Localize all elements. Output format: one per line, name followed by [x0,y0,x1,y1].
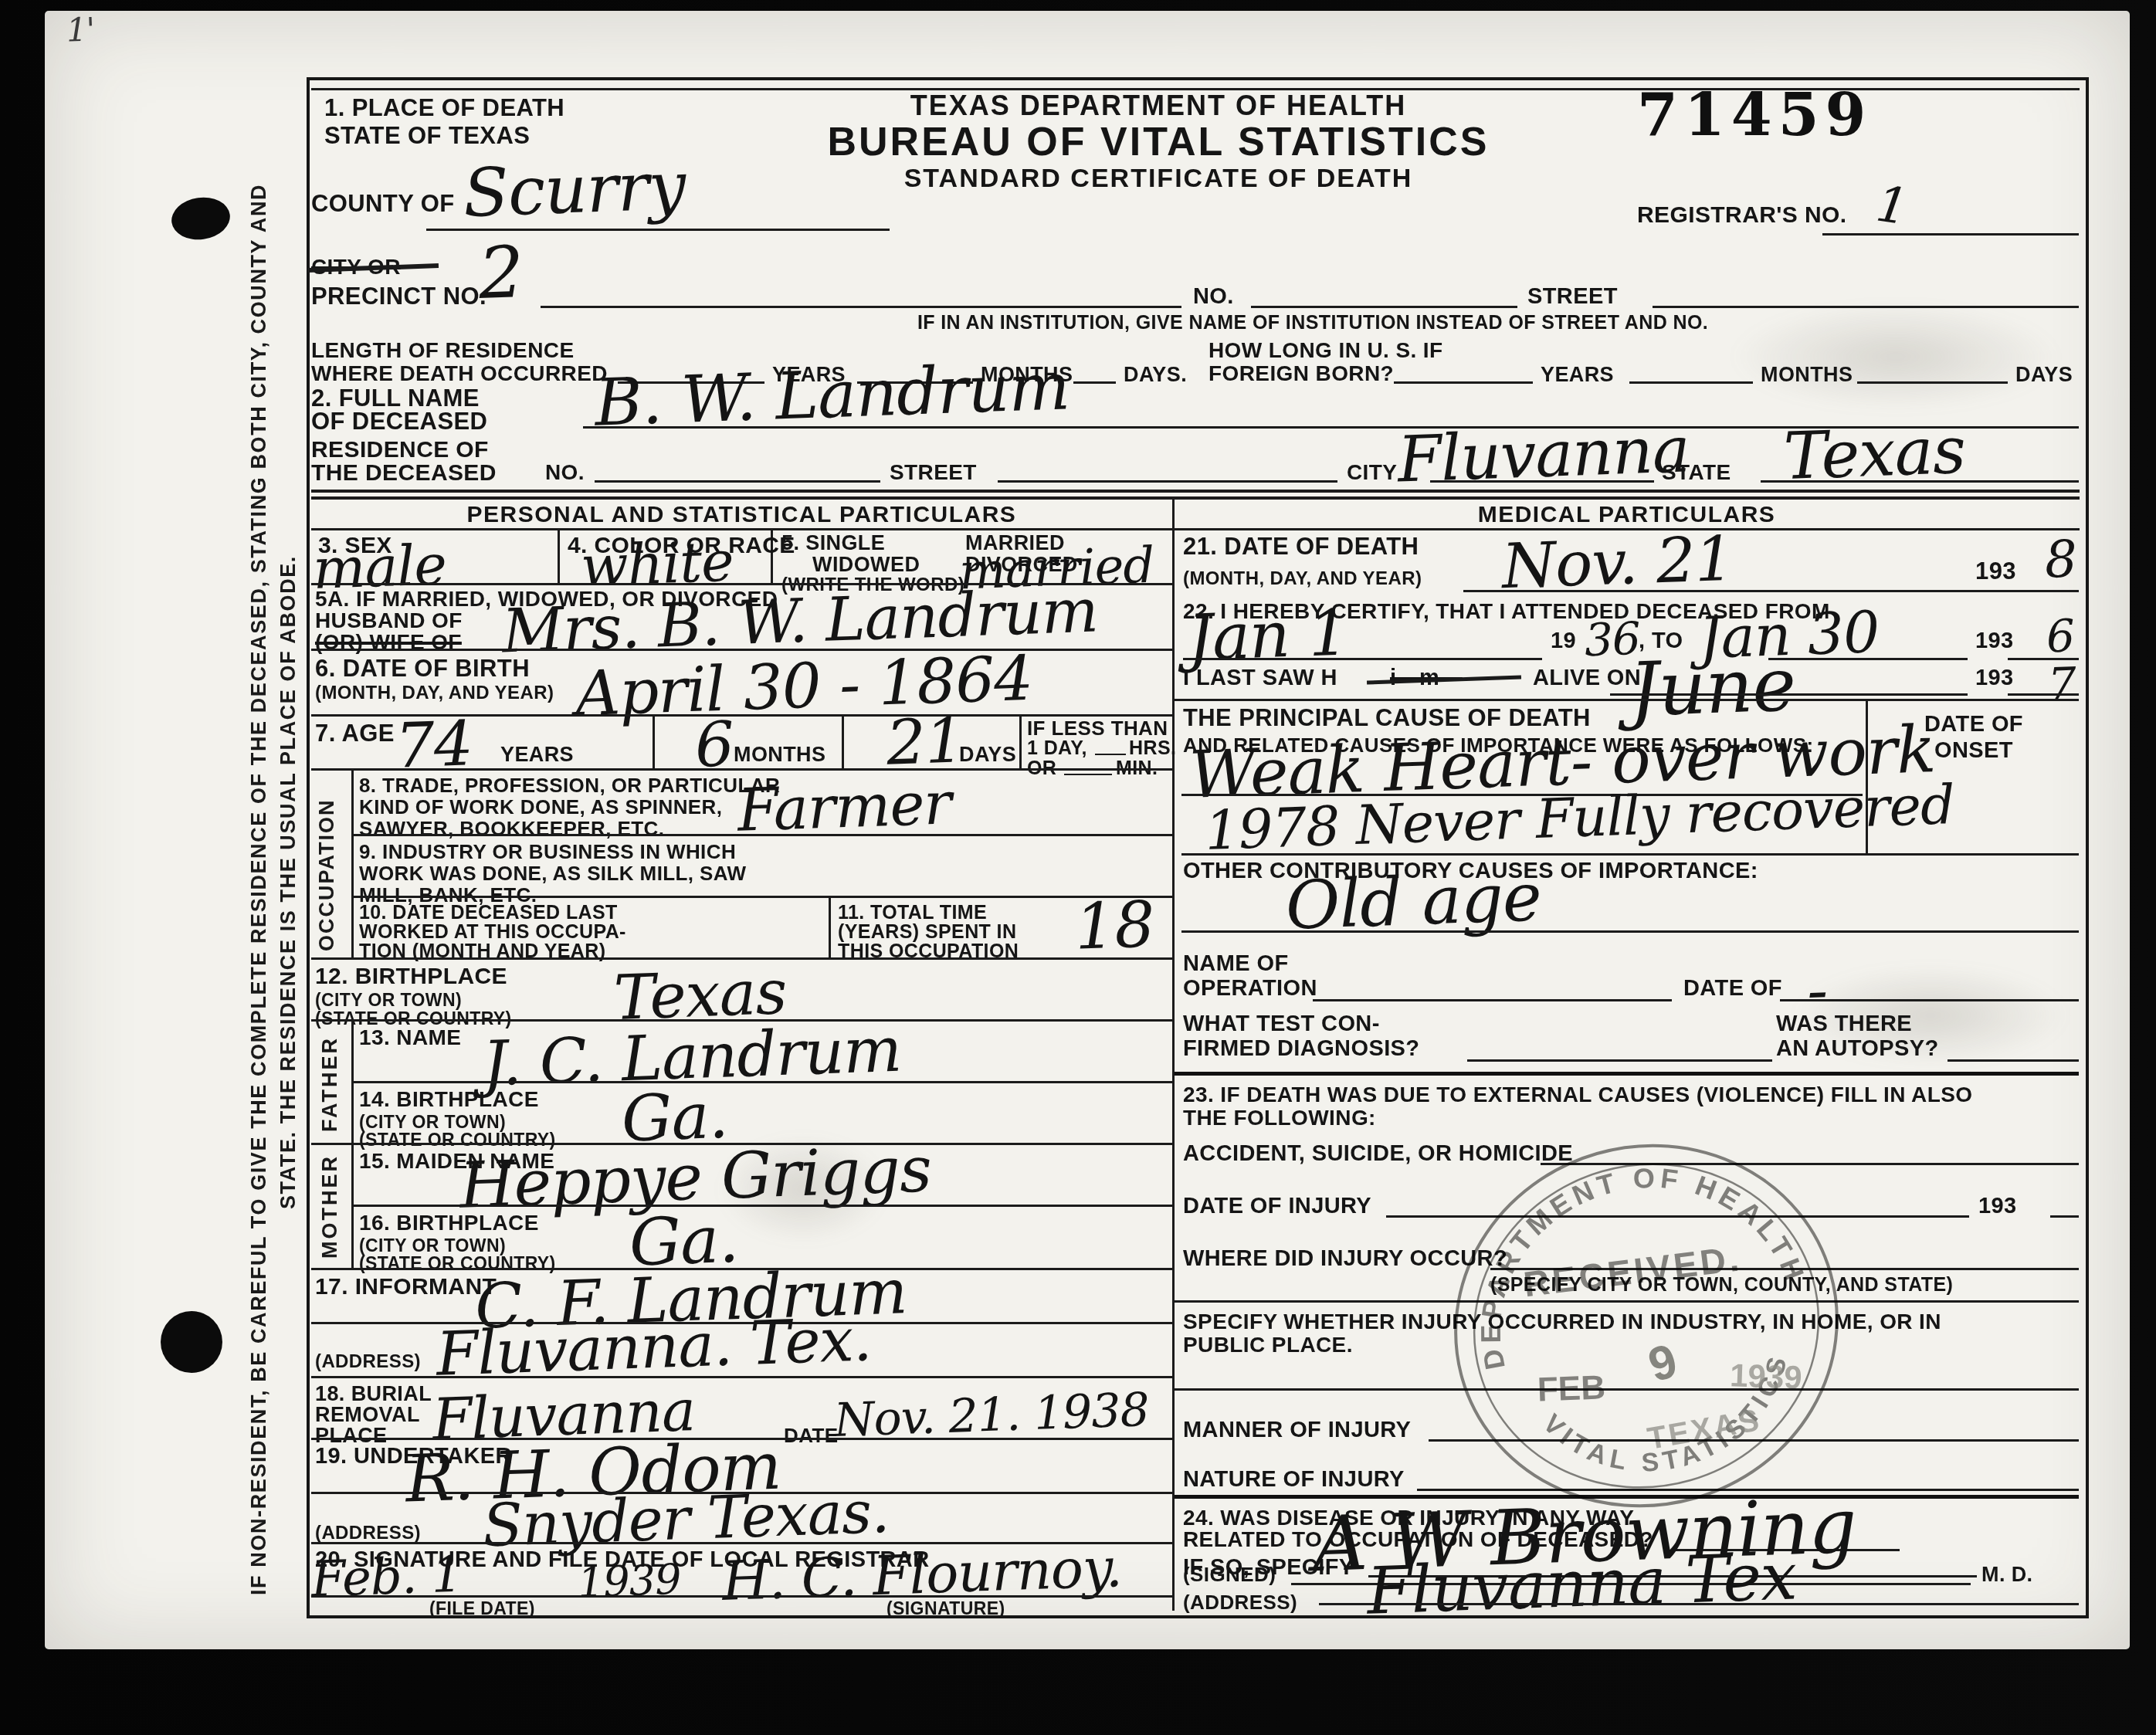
birthplace-label: 12. BIRTHPLACE [315,964,507,990]
signature-caption: (SIGNATURE) [886,1598,1005,1619]
scanned-death-certificate: 1' IF NON-RESIDENT, BE CAREFUL TO GIVE T… [0,0,2156,1735]
mother-vertical-label: MOTHER [318,1154,342,1259]
file-date-caption: (FILE DATE) [429,1598,535,1619]
street-no-label: NO. [1193,284,1234,310]
lastsaw-year-printed: 193 [1975,666,2014,691]
test-label1: WHAT TEST CON- [1183,1012,1380,1037]
burial-date-label: DATE [784,1424,838,1448]
bureau-title: BUREAU OF VITAL STATISTICS [772,119,1544,165]
contributory-rule [1181,930,2079,933]
marital-label-single: 5. SINGLE [781,531,885,555]
injury-nature-label: NATURE OF INJURY [1183,1467,1405,1493]
county-value: Scurry [462,147,686,232]
father-bp-label: 14. BIRTHPLACE [359,1087,539,1112]
residence-street-line [998,480,1337,483]
age-divider2 [842,714,844,768]
total-time-value: 18 [1073,888,1155,964]
punch-hole-bottom [161,1311,222,1373]
md-label: M. D. [1981,1563,2033,1587]
external-causes-label1: 23. IF DEATH WAS DUE TO EXTERNAL CAUSES … [1183,1083,1972,1107]
dob-sub-label: (MONTH, DAY, AND YEAR) [315,683,554,704]
registrar-no-line [1822,233,2079,236]
state-of-texas-label: STATE OF TEXAS [324,122,530,150]
residence-street-label: STREET [890,460,977,485]
residence-state-line [1761,480,2079,483]
father-name-label: 13. NAME [359,1025,461,1050]
section-title-rule [311,528,2080,530]
stamp-received: RECEIVED. [1521,1238,1744,1304]
us-days-line [1857,381,2008,384]
test-rule [1467,1059,1772,1062]
stamp-day: 9 [1642,1334,1683,1393]
injury-specify-label2: PUBLIC PLACE. [1183,1333,1353,1357]
industry-label2: WORK WAS DONE, AS SILK MILL, SAW [359,862,747,886]
external-causes-label2: THE FOLLOWING: [1183,1106,1376,1130]
institution-note: IF IN AN INSTITUTION, GIVE NAME OF INSTI… [734,312,1892,334]
father-name-rule [351,1081,1172,1083]
marital-label-widowed: WIDOWED [812,553,920,577]
file-date-value2: 1939 [577,1555,682,1608]
trade-label3: SAWYER, BOOKKEEPER, ETC. [359,817,664,841]
hrs-label: HRS. [1129,737,1176,760]
cause-rule2 [1181,853,2079,856]
operation-rule [1313,999,1672,1001]
lastsaw-rule-b [2008,693,2079,696]
svg-text:DEPARTMENT OF HEALTH: DEPARTMENT OF HEALTH [1436,1121,1813,1374]
department-title: TEXAS DEPARTMENT OF HEALTH [811,90,1506,122]
to-year-printed: 193 [1975,629,2014,654]
operation-label1: NAME OF [1183,951,1289,977]
industry-rule [351,896,1172,898]
lastsaw-rule-a [1610,693,1968,696]
precinct-line [541,306,1181,308]
total-time-divider [829,896,831,957]
stamp-arc-top: DEPARTMENT OF HEALTH [1436,1121,1813,1374]
age-divider1 [653,714,655,768]
us-years-line [1394,381,1533,384]
residence-label2: THE DECEASED [311,460,497,486]
min-line [1064,774,1112,775]
header-double-rule-a [311,490,2080,493]
operation-date-label: DATE OF [1683,976,1782,1001]
physician-address-caption: (ADDRESS) [1183,1591,1297,1615]
us-long-label2: FOREIGN BORN? [1209,361,1394,386]
days-label: DAYS. [1124,363,1187,387]
age-divider3 [1019,714,1022,768]
physician-address-value: Fluvanna Tex [1365,1538,1797,1628]
trade-value: Farmer [737,768,953,845]
sex-race-divider [558,530,560,583]
injury-date-label: DATE OF INJURY [1183,1194,1371,1219]
residence-state-label: STATE [1662,460,1731,485]
autopsy-label2: AN AUTOPSY? [1776,1036,1939,1062]
from-rule-a [1183,658,1542,660]
hrs-line [1095,754,1126,755]
us-months-line [1629,381,1753,384]
age-bottom-rule [311,768,1172,771]
place-of-death-label: 1. PLACE OF DEATH [324,94,564,122]
test-label2: FIRMED DIAGNOSIS? [1183,1036,1419,1062]
from-year-printed: 19 [1551,629,1576,654]
margin-instruction-line1: IF NON-RESIDENT, BE CAREFUL TO GIVE THE … [247,184,271,1595]
age-label: 7. AGE [315,720,395,747]
to-year-digit: 6 [2046,609,2075,662]
cause-section-top-rule [1175,699,2079,701]
dod-rule [1463,590,2079,592]
county-of-label: COUNTY OF [311,190,455,218]
age-years-label: YEARS [500,743,574,767]
autopsy-rule [1948,1059,2079,1062]
injury-manner-label: MANNER OF INJURY [1183,1418,1411,1443]
registrar-no-label: REGISTRAR'S NO. [1637,202,1847,229]
certificate-number: 71459 [1637,80,1872,149]
lastsaw-year-digit: 7 [2047,657,2076,710]
us-long-label1: HOW LONG IN U. S. IF [1209,338,1443,363]
attended-from-value: Jan 1 [1186,596,1349,675]
mother-bp-label: 16. BIRTHPLACE [359,1211,539,1235]
age-days-label: DAYS [959,743,1016,767]
physician-address-rule [1319,1603,2079,1605]
father-vertical-label: FATHER [318,1036,342,1132]
dod-label: 21. DATE OF DEATH [1183,533,1419,561]
residence-city-line [1430,480,1654,483]
street-no-line [1251,306,1517,308]
from-rule-b [1768,658,1968,660]
us-days-label: DAYS [2015,363,2073,387]
street-line [1653,306,2079,308]
undertaker-address-label: (ADDRESS) [315,1523,421,1544]
spouse-label3-struck: (OR) WIFE OF [315,630,462,655]
dod-year-digit: 8 [2044,529,2078,589]
trade-label2: KIND OF WORK DONE, AS SPINNER, [359,795,722,819]
occupation-strip-border [351,768,354,957]
spouse-rule [311,649,1172,651]
precinct-value: 2 [477,231,524,315]
county-line [426,229,890,231]
injury-date-year-rule [2050,1215,2079,1218]
ifless-label2: 1 DAY, [1027,737,1087,760]
dob-label: 6. DATE OF BIRTH [315,655,530,683]
trade-rule [351,834,1172,836]
injury-date-year: 193 [1978,1194,2017,1219]
header-double-rule-b [311,496,2080,500]
informant-label: 17. INFORMANT [315,1274,497,1300]
stamp-year: 1939 [1729,1357,1802,1395]
corner-pencil-mark: 1' [66,10,95,49]
stamp-month: FEB [1537,1368,1606,1408]
age-months-label: MONTHS [734,743,825,767]
main-column-divider [1172,496,1175,1611]
us-months-label: MONTHS [1761,363,1853,387]
margin-instruction-line2: STATE. THE RESIDENCE IS THE USUAL PLACE … [276,555,300,1209]
received-stamp: DEPARTMENT OF HEALTH VITAL STATISTICS RE… [1422,1113,1870,1546]
lastsaw-label2: ALIVE ON [1533,666,1641,691]
personal-section-title: PERSONAL AND STATISTICAL PARTICULARS [311,502,1172,528]
operation-date-rule [1780,999,2079,1001]
length-residence-label1: LENGTH OF RESIDENCE [311,338,575,363]
industry-label1: 9. INDUSTRY OR BUSINESS IN WHICH [359,840,736,864]
length-residence-label2: WHERE DEATH OCCURRED [311,361,608,386]
residence-days-line [1073,381,1116,384]
medical-section-title: MEDICAL PARTICULARS [1175,502,2079,528]
informant-address-rule [311,1376,1172,1378]
birthplace-city-label: (CITY OR TOWN) [315,990,462,1011]
registrar-writing-line [311,1595,1172,1598]
dod-year-printed: 193 [1975,557,2016,585]
operation-label2: OPERATION [1183,976,1317,1001]
informant-address-label: (ADDRESS) [315,1351,421,1373]
precinct-no-label: PRECINCT NO. [311,283,486,310]
residence-city-label: CITY [1347,460,1397,485]
mother-name-rule [351,1205,1172,1207]
age-years-value: 74 [394,707,473,781]
autopsy-label1: WAS THERE [1776,1012,1912,1037]
dod-sub-label: (MONTH, DAY, AND YEAR) [1183,568,1422,590]
full-name-label2: OF DECEASED [311,408,487,435]
trade-label1: 8. TRADE, PROFESSION, OR PARTICULAR [359,774,780,798]
residence-no-label: NO. [545,460,585,485]
signed-caption: (SIGNED) [1183,1563,1276,1587]
certificate-type-title: STANDARD CERTIFICATE OF DEATH [811,164,1506,194]
lastsaw-label1: I LAST SAW H [1183,666,1337,691]
street-label: STREET [1527,284,1618,310]
test-section-heavy-rule [1175,1072,2079,1076]
occupation-vertical-label: OCCUPATION [315,799,339,952]
us-years-label: YEARS [1541,363,1614,387]
residence-no-line [595,480,880,483]
residence-city-value: Fluvanna [1396,413,1690,496]
residence-label1: RESIDENCE OF [311,437,489,463]
